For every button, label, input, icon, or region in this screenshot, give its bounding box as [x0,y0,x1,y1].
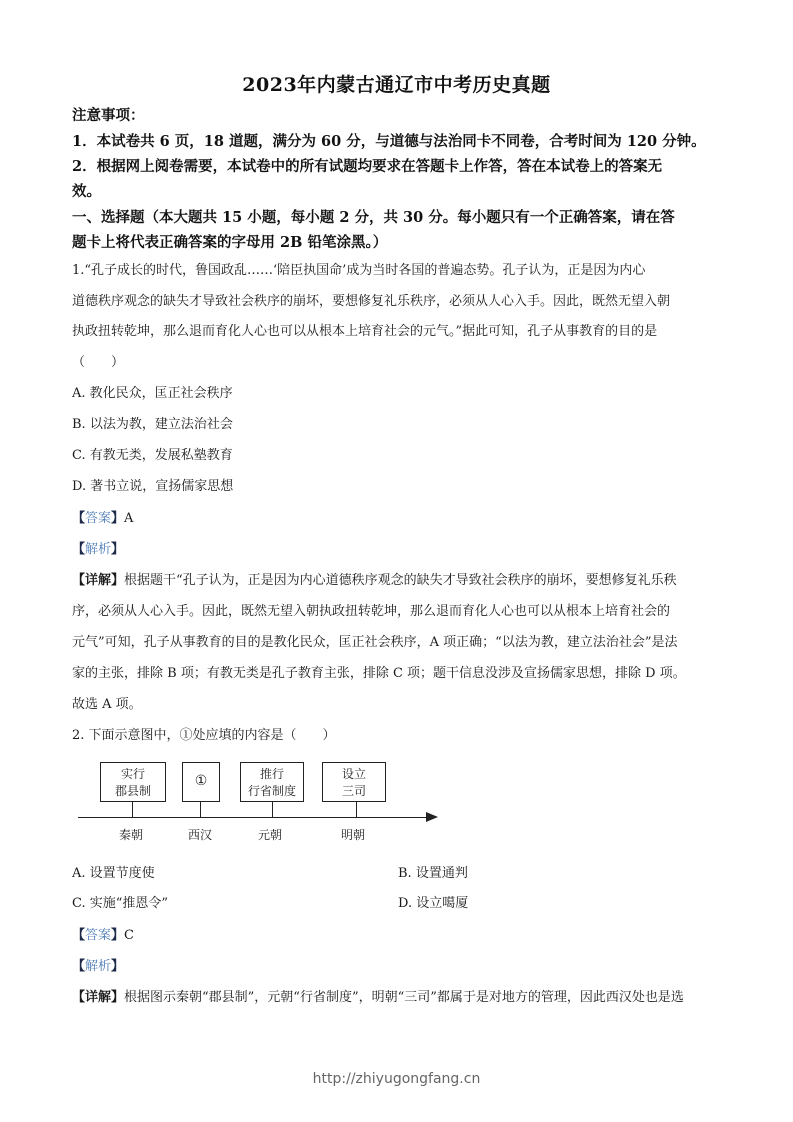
q1-option-b: B. 以法为教，建立法治社会 [72,413,233,432]
detail-label: 【详解】 [72,573,124,588]
q1-detail-line: 【详解】根据题干“孔子认为，正是因为内心道德秩序观念的缺失才导致社会秩序的崩坏，… [72,569,677,588]
q1-detail-line: 序，必须从人心入手。因此，既然无望入朝执政扭转乾坤，那么退而育化人心也可以从根本… [72,600,670,619]
q2-answer: 【答案】C [72,924,134,943]
answer-value: A [124,511,133,526]
timeline-box-ming: 设立 三司 [322,762,386,802]
timeline-box-qin: 实行 郡县制 [100,762,166,802]
q1-stem-line: （ ） [72,351,124,370]
q1-option-d: D. 著书立说，宣扬儒家思想 [72,475,233,494]
q2-option-a: A. 设置节度使 [72,862,155,881]
era-label: 明朝 [341,826,365,843]
detail-label: 【详解】 [72,990,124,1005]
q1-analysis-label: 【解析】 [72,538,124,557]
q1-option-c: C. 有教无类，发展私塾教育 [72,444,233,463]
answer-value: C [124,928,134,943]
answer-label: 答案 [85,928,111,943]
timeline-axis [78,817,430,818]
q2-option-d: D. 设立噶厦 [398,892,468,911]
arrow-right-icon [426,812,438,822]
notice-2: 2．根据网上阅卷需要，本试卷中的所有试题均要求在答题卡上作答，答在本试卷上的答案… [72,155,662,176]
footer-url[interactable]: http://zhiyugongfang.cn [0,1071,793,1087]
document-title: 2023年内蒙古通辽市中考历史真题 [0,70,793,97]
notice-1: 1．本试卷共 6 页，18 道题，满分为 60 分，与道德与法治同卡不同卷，合考… [72,130,706,151]
timeline-box-yuan: 推行 行省制度 [240,762,304,802]
timeline-tick [272,802,273,817]
q2-analysis-label: 【解析】 [72,955,124,974]
q2-option-c: C. 实施“推恩令” [72,892,168,911]
timeline-box-xihan: ① [182,762,220,802]
era-label: 元朝 [258,826,282,843]
q2-stem: 2. 下面示意图中，①处应填的内容是（ ） [72,724,336,743]
q1-detail-line: 元气”可知，孔子从事教育的目的是教化民众，匡正社会秩序，A 项正确；“以法为教，… [72,631,677,650]
era-label: 秦朝 [119,826,143,843]
q2-option-b: B. 设置通判 [398,862,468,881]
q1-stem-line: 执政扭转乾坤，那么退而育化人心也可以从根本上培育社会的元气。”据此可知，孔子从事… [72,320,657,339]
section-heading: 一、选择题（本大题共 15 小题，每小题 2 分，共 30 分。每小题只有一个正… [72,206,675,227]
notice-heading: 注意事项： [72,104,145,125]
timeline-tick [356,802,357,817]
timeline-diagram: 实行 郡县制 ① 推行 行省制度 设立 三司 秦朝 西汉 元朝 明朝 [78,758,448,848]
answer-label: 答案 [85,511,111,526]
section-heading-cont: 题卡上将代表正确答案的字母用 2B 铅笔涂黑。） [72,231,387,252]
era-label: 西汉 [188,826,212,843]
q1-answer: 【答案】A [72,507,133,526]
q1-option-a: A. 教化民众，匡正社会秩序 [72,382,233,401]
timeline-tick [132,802,133,817]
timeline-tick [200,802,201,817]
q1-detail-line: 家的主张，排除 B 项；有教无类是孔子教育主张，排除 C 项；题干信息没涉及宣扬… [72,662,686,681]
notice-2-cont: 效。 [72,180,101,201]
q1-stem-line: 道德秩序观念的缺失才导致社会秩序的崩坏，要想修复礼乐秩序，必须从人心入手。因此，… [72,290,670,309]
q2-detail-line: 【详解】根据图示秦朝“郡县制”，元朝“行省制度”，明朝“三司”都属于是对地方的管… [72,986,684,1005]
q1-detail-line: 故选 A 项。 [72,693,142,712]
q1-stem-line: 1.“孔子成长的时代，鲁国政乱……‘陪臣执国命’成为当时各国的普遍态势。孔子认为… [72,259,645,278]
